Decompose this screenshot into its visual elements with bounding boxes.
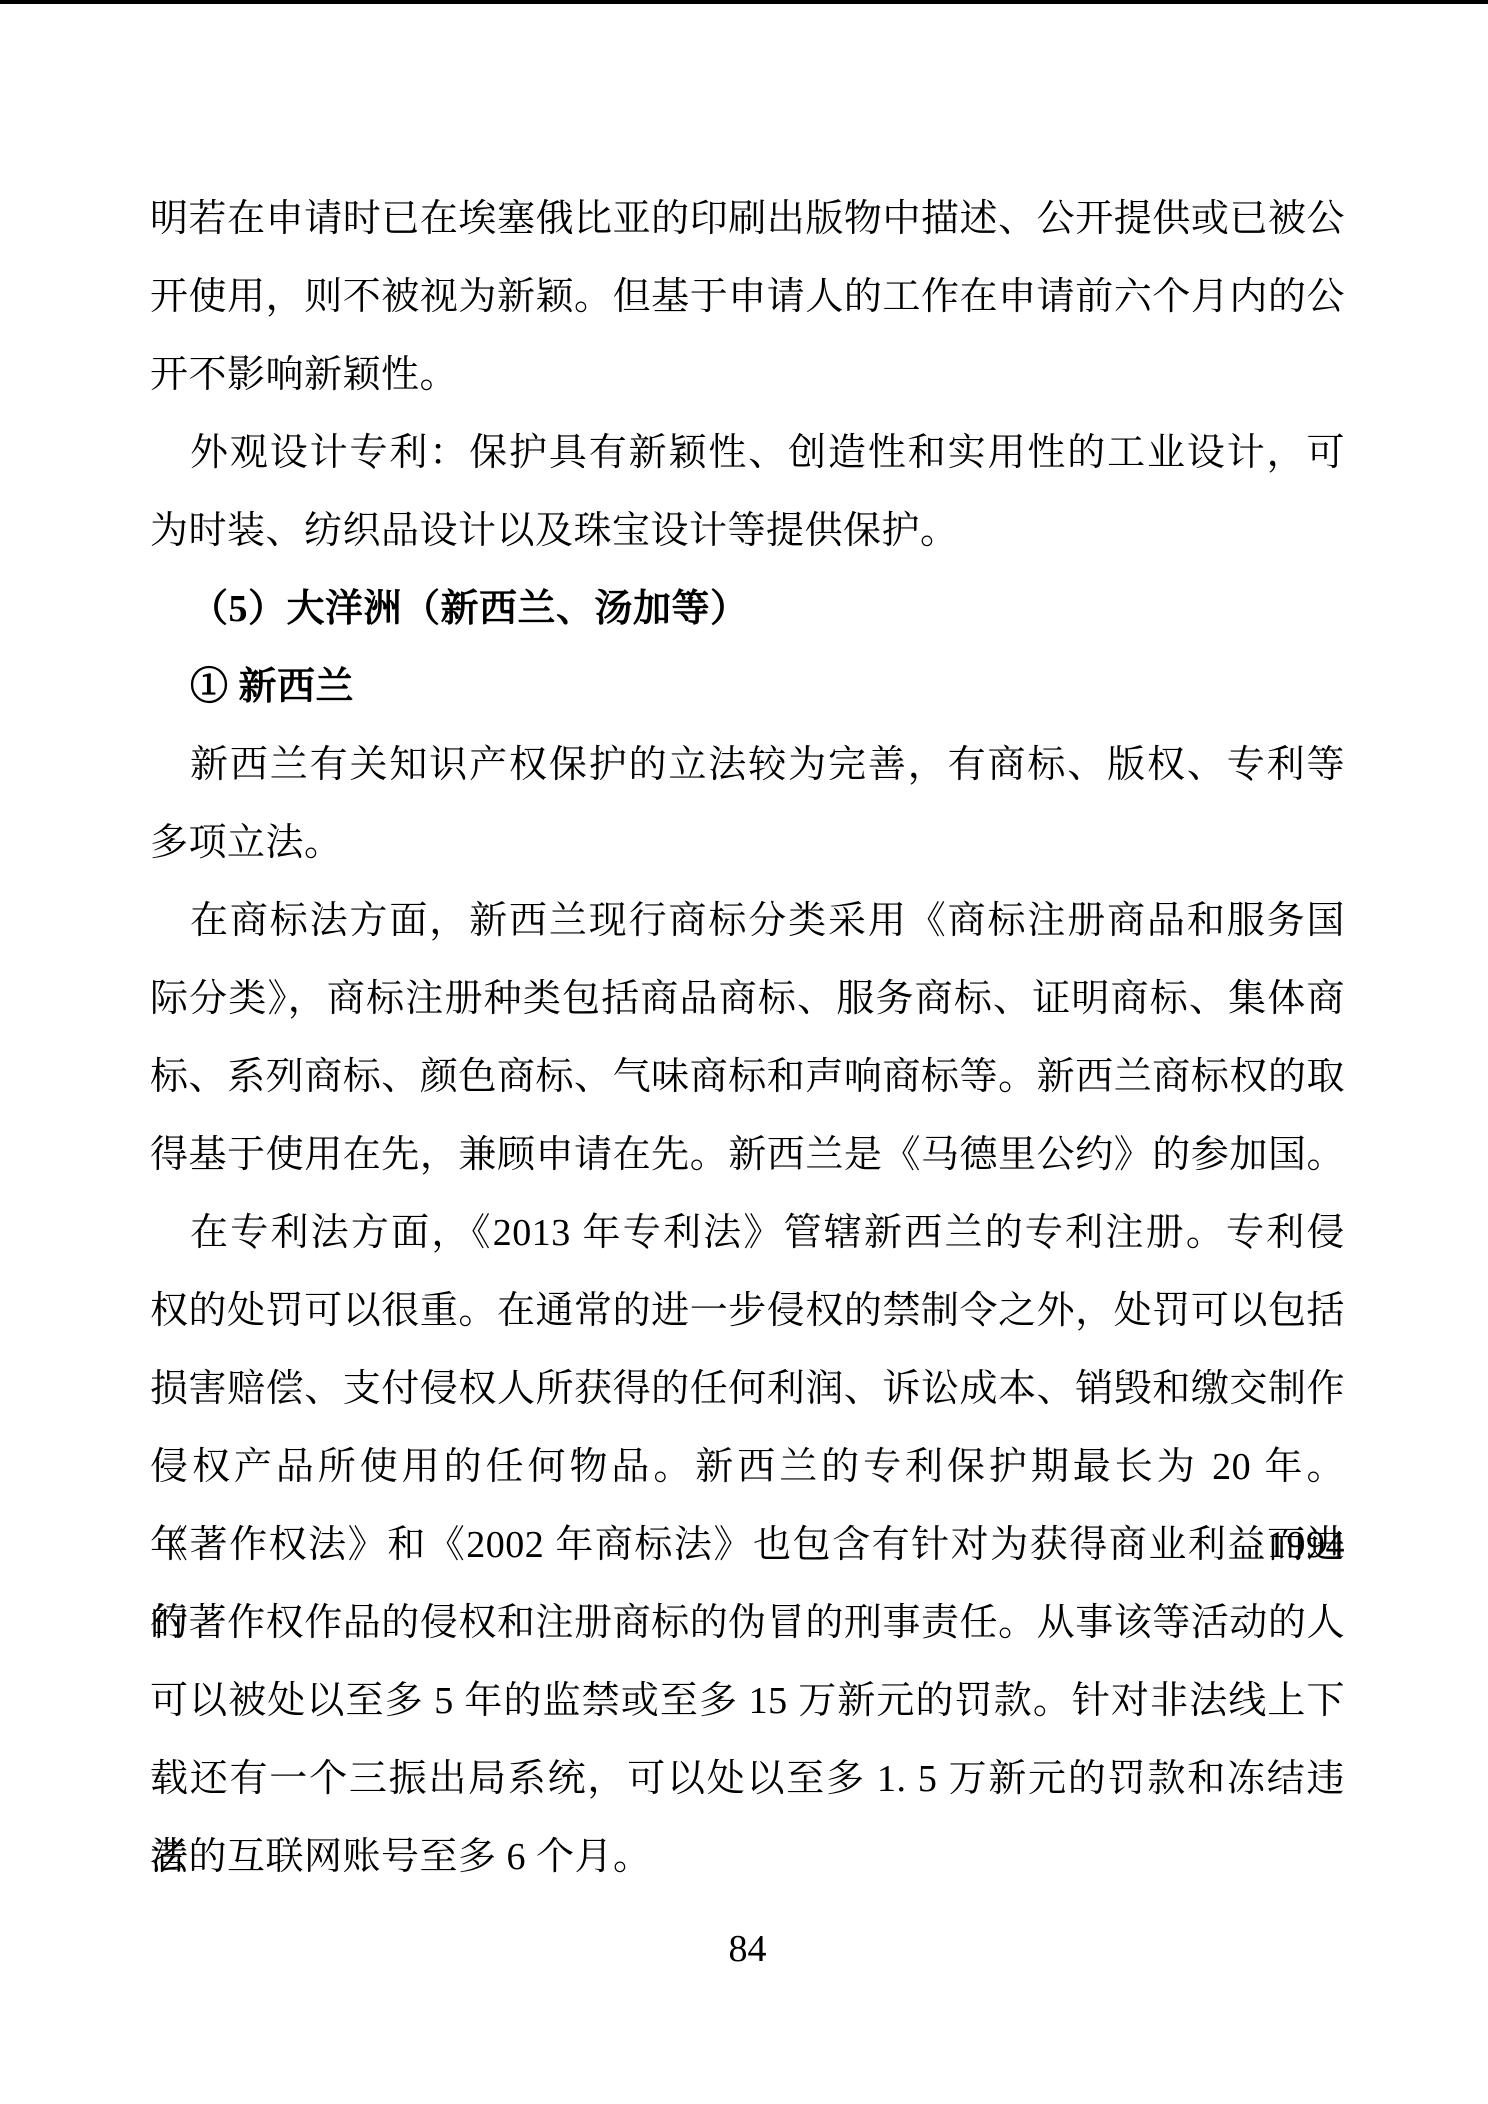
body-text-line: 者的互联网账号至多 6 个月。 (150, 1818, 1345, 1896)
body-text-line: 明若在申请时已在埃塞俄比亚的印刷出版物中描述、公开提供或已被公 (150, 180, 1345, 258)
body-text-line: 标、系列商标、颜色商标、气味商标和声响商标等。新西兰商标权的取 (150, 1038, 1345, 1116)
body-text-line: 损害赔偿、支付侵权人所获得的任何利润、诉讼成本、销毁和缴交制作 (150, 1350, 1345, 1428)
body-text-line: 的著作权作品的侵权和注册商标的伪冒的刑事责任。从事该等活动的人 (150, 1584, 1345, 1662)
body-text-line: 侵权产品所使用的任何物品。新西兰的专利保护期最长为 20 年。《1994 (150, 1428, 1345, 1506)
body-text-line: 在专利法方面，《2013 年专利法》管辖新西兰的专利注册。专利侵 (150, 1194, 1345, 1272)
body-text-line: 权的处罚可以很重。在通常的进一步侵权的禁制令之外，处罚可以包括 (150, 1272, 1345, 1350)
page-top-edge-line (0, 0, 1488, 4)
body-text-line: 开不影响新颖性。 (150, 336, 1345, 414)
body-text-line: 外观设计专利：保护具有新颖性、创造性和实用性的工业设计，可 (150, 414, 1345, 492)
section-heading-oceania: （5）大洋洲（新西兰、汤加等） (150, 570, 1345, 648)
body-text-line: 新西兰有关知识产权保护的立法较为完善，有商标、版权、专利等 (150, 726, 1345, 804)
body-text-line: 可以被处以至多 5 年的监禁或至多 15 万新元的罚款。针对非法线上下 (150, 1662, 1345, 1740)
body-text-line: 年著作权法》和《2002 年商标法》也包含有针对为获得商业利益而进行 (150, 1506, 1345, 1584)
body-text-line: 得基于使用在先，兼顾申请在先。新西兰是《马德里公约》的参加国。 (150, 1116, 1345, 1194)
body-text-line: 开使用，则不被视为新颖。但基于申请人的工作在申请前六个月内的公 (150, 258, 1345, 336)
body-text-line: 为时装、纺织品设计以及珠宝设计等提供保护。 (150, 492, 1345, 570)
subsection-heading-new-zealand: ① 新西兰 (150, 648, 1345, 726)
body-text-line: 多项立法。 (150, 804, 1345, 882)
body-text-line: 在商标法方面，新西兰现行商标分类采用《商标注册商品和服务国 (150, 882, 1345, 960)
body-text-line: 载还有一个三振出局系统，可以处以至多 1. 5 万新元的罚款和冻结违法 (150, 1740, 1345, 1818)
document-body: 明若在申请时已在埃塞俄比亚的印刷出版物中描述、公开提供或已被公 开使用，则不被视… (150, 180, 1345, 1896)
body-text-line: 际分类》，商标注册种类包括商品商标、服务商标、证明商标、集体商 (150, 960, 1345, 1038)
document-page: 明若在申请时已在埃塞俄比亚的印刷出版物中描述、公开提供或已被公 开使用，则不被视… (0, 0, 1488, 2104)
page-number: 84 (150, 1910, 1345, 1988)
